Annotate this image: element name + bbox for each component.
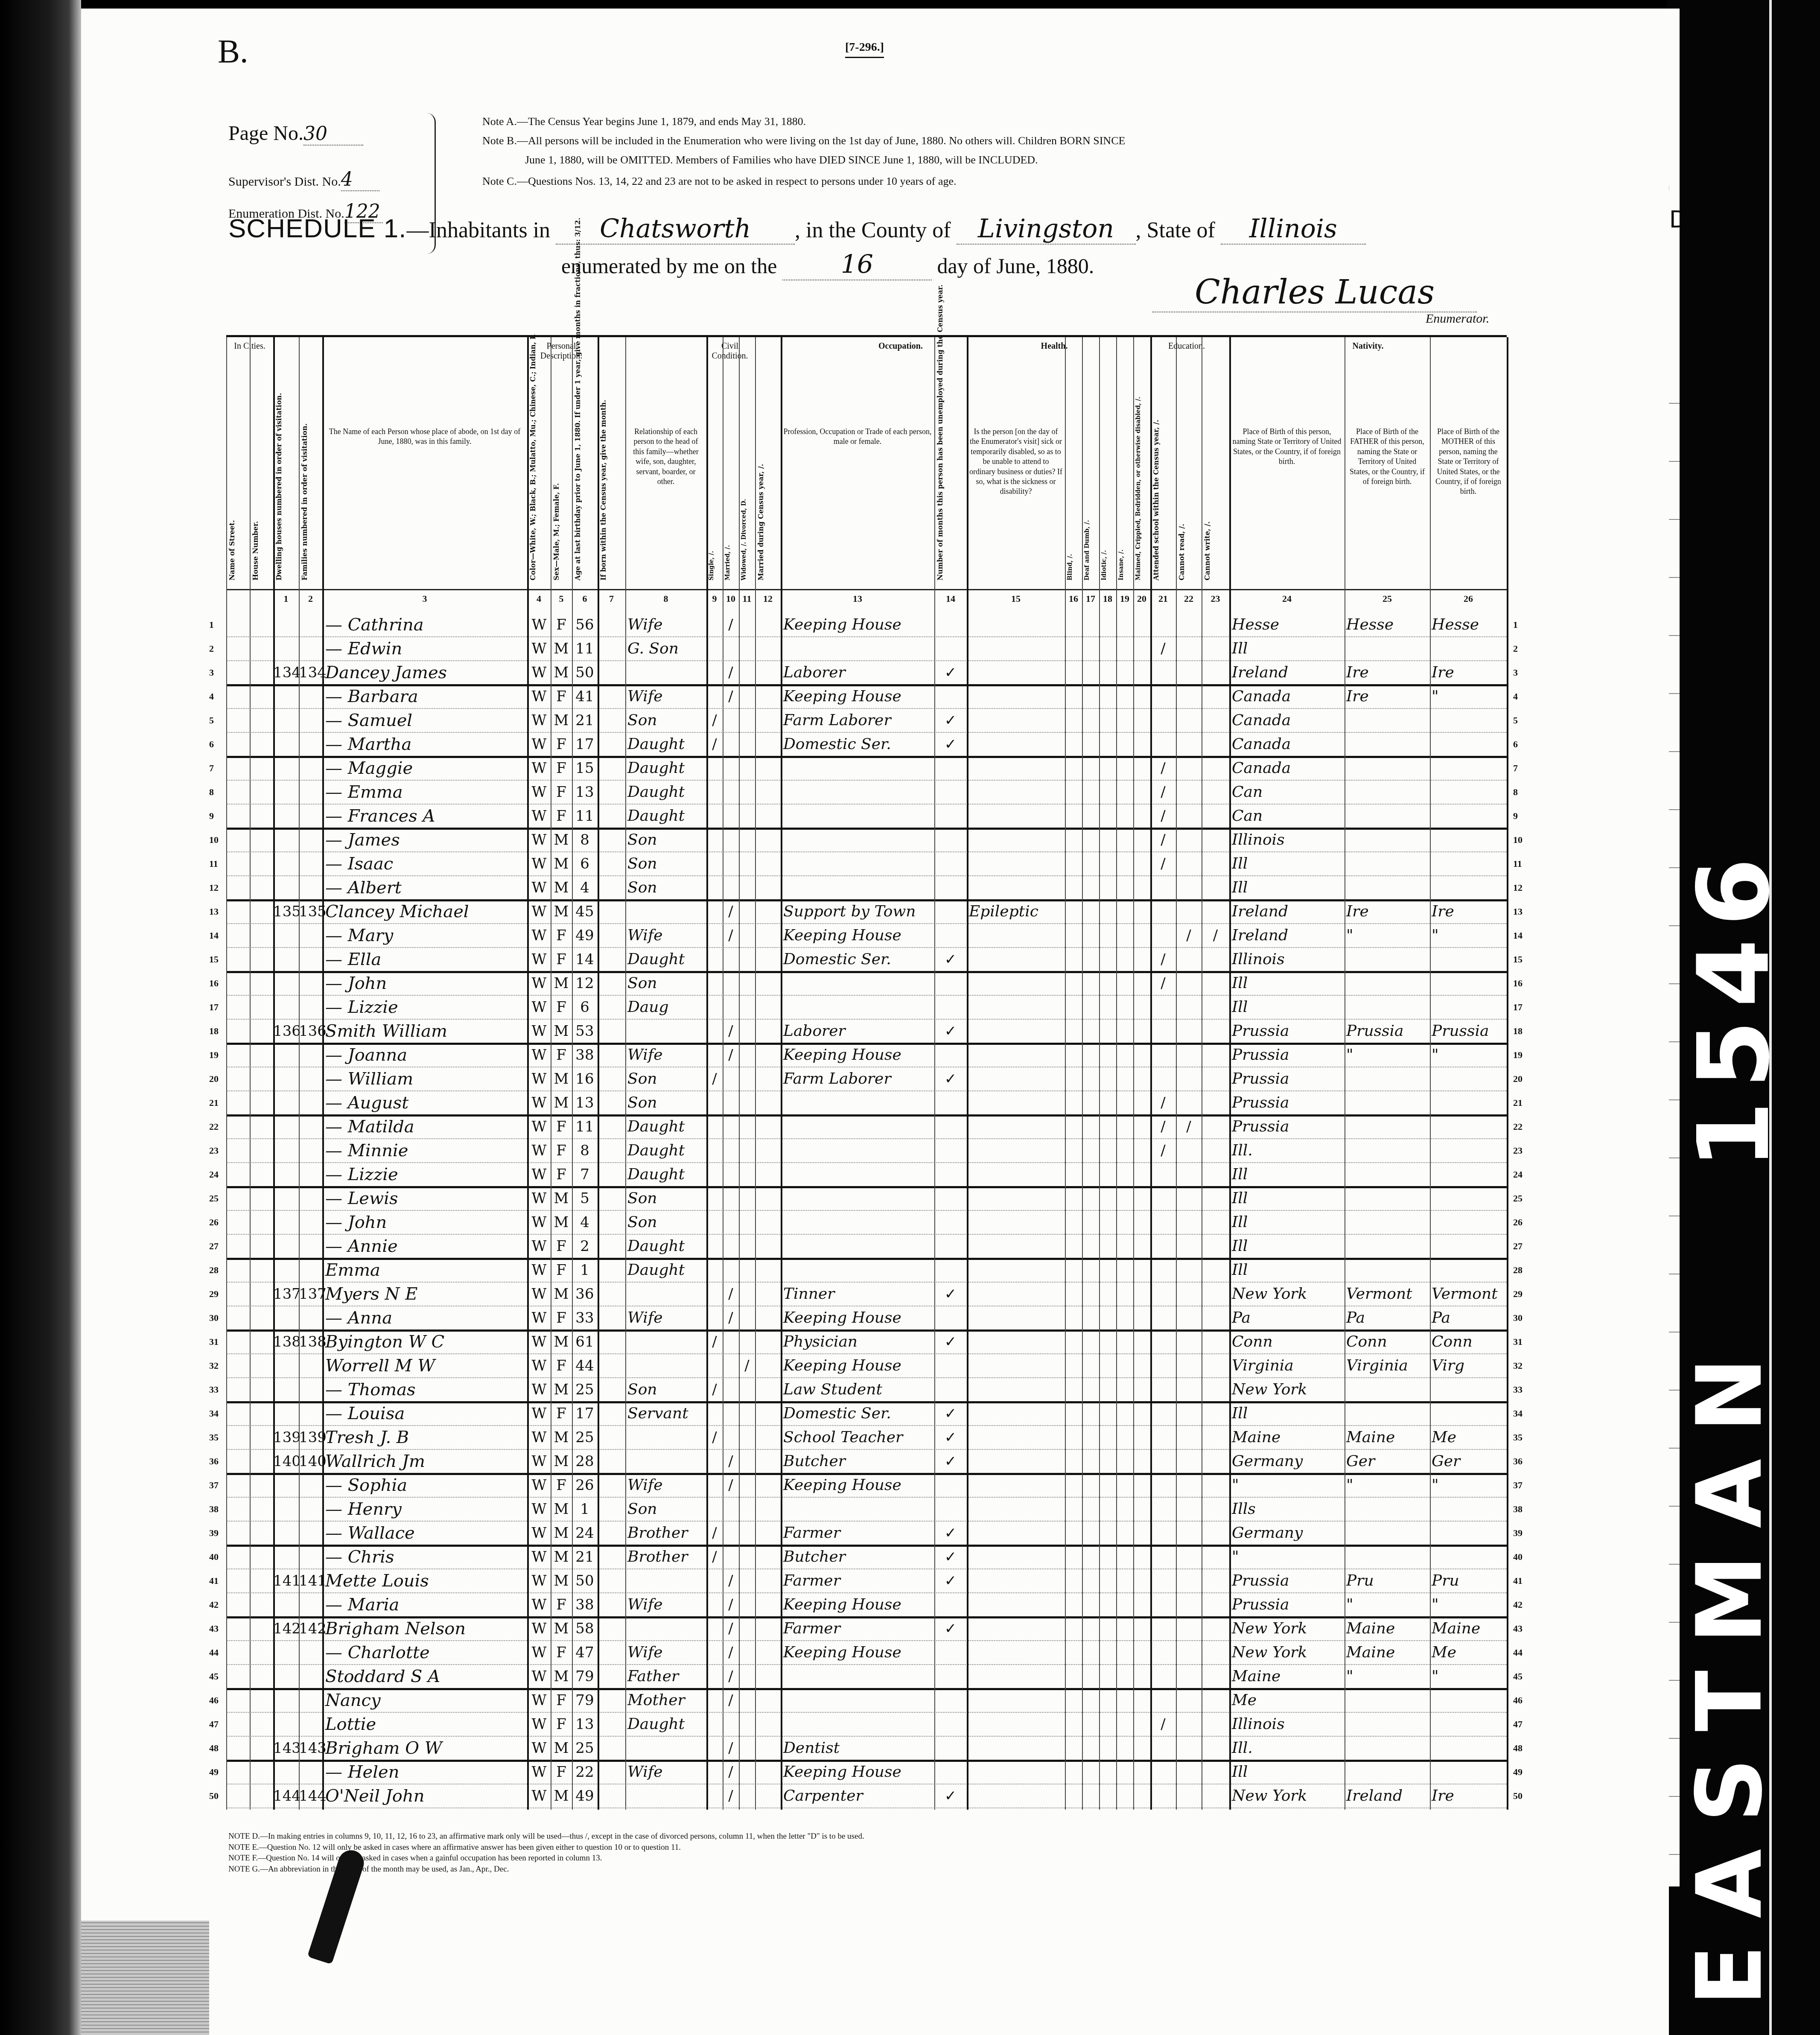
cell-single xyxy=(706,662,723,683)
cell-age: 22 xyxy=(573,1761,597,1783)
cell-dwelling xyxy=(273,614,299,636)
state-value: Illinois xyxy=(1221,214,1366,245)
cell-family: 138 xyxy=(299,1331,322,1353)
cell-color: W xyxy=(528,1044,550,1066)
line-number-left: 24 xyxy=(209,1169,219,1180)
cell-family xyxy=(299,710,322,731)
cell-name: — Sophia xyxy=(325,1475,526,1496)
line-number-left: 18 xyxy=(209,1026,219,1037)
cell-dwelling xyxy=(273,1761,299,1783)
cell-unemp: ✓ xyxy=(934,949,967,970)
column-divider xyxy=(1133,337,1134,1810)
state-label: , State of xyxy=(1136,218,1215,242)
cell-cread xyxy=(1176,949,1202,970)
cell-father xyxy=(1346,853,1430,875)
cell-school: / xyxy=(1150,1092,1176,1114)
line-number-left: 4 xyxy=(209,691,214,702)
cell-unemp: ✓ xyxy=(934,1283,967,1305)
cell-name: — Thomas xyxy=(325,1379,526,1400)
cell-relation: Daught xyxy=(627,734,705,755)
cell-birthplace: Ireland xyxy=(1232,662,1344,683)
enum-day-value: 16 xyxy=(782,250,932,280)
line-number-left: 10 xyxy=(209,834,219,845)
cell-dwelling xyxy=(273,1140,299,1161)
cell-married xyxy=(723,1236,739,1257)
cell-cread xyxy=(1176,1044,1202,1066)
cell-widowed xyxy=(739,925,755,946)
cell-sex: F xyxy=(551,1164,571,1185)
cell-father: Pru xyxy=(1346,1570,1430,1592)
group-nativity: Nativity. xyxy=(1229,341,1507,351)
cell-birthplace: Canada xyxy=(1232,758,1344,779)
cell-cread xyxy=(1176,1020,1202,1042)
cell-age: 49 xyxy=(573,1785,597,1807)
cell-father: Virginia xyxy=(1346,1355,1430,1376)
cell-mother: " xyxy=(1432,925,1507,946)
cell-birthplace: Prussia xyxy=(1232,1594,1344,1615)
cell-mother: Prussia xyxy=(1432,1020,1507,1042)
cell-age: 45 xyxy=(573,901,597,922)
cell-relation xyxy=(627,1427,705,1448)
cell-birthplace: Prussia xyxy=(1232,1092,1344,1114)
cell-school xyxy=(1150,1546,1176,1568)
cell-mother xyxy=(1432,781,1507,803)
cell-cwrite xyxy=(1202,1714,1229,1735)
cell-color: W xyxy=(528,1020,550,1042)
table-row: — LizzieWF6DaugIll1717 xyxy=(226,995,1507,1020)
column-divider xyxy=(572,337,573,1810)
cell-father xyxy=(1346,758,1430,779)
cell-relation: Daught xyxy=(627,758,705,779)
cell-sex: F xyxy=(551,614,571,636)
cell-birthplace: Ill xyxy=(1232,1761,1344,1783)
cell-occupation xyxy=(783,1116,933,1137)
cell-cwrite xyxy=(1202,758,1229,779)
cell-occupation xyxy=(783,1164,933,1185)
cell-occupation: Tinner xyxy=(783,1283,933,1305)
cell-occupation xyxy=(783,1188,933,1209)
note-b-line2: June 1, 1880, will be OMITTED. Members o… xyxy=(525,154,1038,166)
cell-married xyxy=(723,1259,739,1281)
cell-family xyxy=(299,1044,322,1066)
line-number-left: 15 xyxy=(209,954,219,965)
cell-unemp xyxy=(934,1642,967,1663)
cell-cwrite xyxy=(1202,1761,1229,1783)
cell-age: 38 xyxy=(573,1044,597,1066)
cell-cread xyxy=(1176,686,1202,707)
cell-widowed xyxy=(739,1044,755,1066)
cell-widowed xyxy=(739,997,755,1018)
cell-family: 139 xyxy=(299,1427,322,1448)
cell-widowed xyxy=(739,1283,755,1305)
column-divider xyxy=(1229,337,1231,1810)
line-number: 14 xyxy=(1513,930,1522,941)
table-row: — EllaWF14DaughtDomestic Ser.✓/Illinois1… xyxy=(226,947,1507,973)
cell-birthplace: " xyxy=(1232,1546,1344,1568)
line-number: 16 xyxy=(1513,978,1522,989)
cell-age: 61 xyxy=(573,1331,597,1353)
column-header: Relationship of each person to the head … xyxy=(628,427,704,487)
table-row: — BarbaraWF41Wife/Keeping HouseCanadaIre… xyxy=(226,684,1507,709)
column-header: Cannot write, /. xyxy=(1203,376,1228,580)
cell-married: / xyxy=(723,1594,739,1615)
cell-birthplace: Ill xyxy=(1232,1259,1344,1281)
cell-cread xyxy=(1176,1331,1202,1353)
cell-birthplace: New York xyxy=(1232,1785,1344,1807)
cell-school xyxy=(1150,925,1176,946)
cell-dwelling xyxy=(273,1522,299,1544)
cell-color: W xyxy=(528,1522,550,1544)
cell-sex: F xyxy=(551,781,571,803)
cell-mother: Vermont xyxy=(1432,1283,1507,1305)
cell-mother xyxy=(1432,1403,1507,1424)
cell-married xyxy=(723,1212,739,1233)
cell-age: 6 xyxy=(573,997,597,1018)
cell-mother xyxy=(1432,1499,1507,1520)
cell-age: 41 xyxy=(573,686,597,707)
cell-school xyxy=(1150,1307,1176,1329)
cell-age: 2 xyxy=(573,1236,597,1257)
line-number-left: 1 xyxy=(209,619,214,630)
cell-color: W xyxy=(528,781,550,803)
cell-age: 25 xyxy=(573,1738,597,1759)
cell-cread xyxy=(1176,1546,1202,1568)
cell-family xyxy=(299,1666,322,1687)
cell-school xyxy=(1150,1642,1176,1663)
cell-cwrite xyxy=(1202,1116,1229,1137)
cell-sick xyxy=(969,1403,1065,1424)
cell-cread xyxy=(1176,1690,1202,1711)
cell-unemp xyxy=(934,1355,967,1376)
cell-color: W xyxy=(528,1690,550,1711)
cell-age: 11 xyxy=(573,805,597,827)
line-number-left: 7 xyxy=(209,763,214,774)
cell-mother: Virg xyxy=(1432,1355,1507,1376)
inhabitants-label: —Inhabitants in xyxy=(407,218,551,242)
cell-married: / xyxy=(723,1307,739,1329)
cell-mother: Ire xyxy=(1432,1785,1507,1807)
cell-unemp xyxy=(934,973,967,994)
cell-married xyxy=(723,1068,739,1090)
cell-cread xyxy=(1176,1785,1202,1807)
cell-birthplace: New York xyxy=(1232,1642,1344,1663)
cell-sick xyxy=(969,1140,1065,1161)
cell-father xyxy=(1346,1499,1430,1520)
table-row: — AlbertWM4SonIll1212 xyxy=(226,875,1507,901)
cell-father xyxy=(1346,734,1430,755)
line-number-left: 30 xyxy=(209,1312,219,1324)
cell-father xyxy=(1346,638,1430,659)
footnote-f: NOTE F.—Question No. 14 will only be ask… xyxy=(228,1853,864,1864)
cell-cwrite xyxy=(1202,1666,1229,1687)
cell-sex: F xyxy=(551,1475,571,1496)
cell-father xyxy=(1346,1522,1430,1544)
cell-name: — Lizzie xyxy=(325,997,526,1018)
cell-occupation: Butcher xyxy=(783,1451,933,1472)
cell-dwelling xyxy=(273,1068,299,1090)
column-divider xyxy=(299,337,300,1810)
cell-family xyxy=(299,877,322,898)
cell-school: / xyxy=(1150,1140,1176,1161)
cell-single xyxy=(706,973,723,994)
line-number-left: 39 xyxy=(209,1528,219,1539)
cell-birthplace: Ill xyxy=(1232,1188,1344,1209)
column-divider xyxy=(1150,337,1152,1810)
column-header: Families numbered in order of visitation… xyxy=(300,376,321,580)
line-number-left: 49 xyxy=(209,1767,219,1778)
cell-sex: F xyxy=(551,805,571,827)
line-number-left: 41 xyxy=(209,1575,219,1586)
cell-married xyxy=(723,1355,739,1376)
cell-school xyxy=(1150,1283,1176,1305)
film-reel-number: 1546 xyxy=(1677,845,1791,1169)
table-header: In Cities. Personal Description. Civil C… xyxy=(226,337,1507,590)
table-row: — MaryWF49Wife/Keeping House//Ireland""1… xyxy=(226,923,1507,948)
cell-widowed xyxy=(739,1259,755,1281)
column-header: Married during Census year, /. xyxy=(757,376,779,580)
line-number: 28 xyxy=(1513,1265,1522,1276)
cell-father: Ire xyxy=(1346,901,1430,922)
line-number-left: 12 xyxy=(209,882,219,893)
cell-single xyxy=(706,1164,723,1185)
cell-sick xyxy=(969,1618,1065,1639)
cell-age: 7 xyxy=(573,1164,597,1185)
cell-widowed xyxy=(739,1785,755,1807)
line-number: 24 xyxy=(1513,1169,1522,1180)
line-number-left: 32 xyxy=(209,1360,219,1371)
cell-sex: M xyxy=(551,1068,571,1090)
cell-age: 79 xyxy=(573,1690,597,1711)
column-header: Age at last birthday prior to June 1, 18… xyxy=(574,376,596,580)
cell-dwelling xyxy=(273,758,299,779)
cell-name: — Martha xyxy=(325,734,526,755)
cell-unemp xyxy=(934,1044,967,1066)
line-number: 9 xyxy=(1513,811,1518,822)
cell-sick xyxy=(969,1068,1065,1090)
cell-cread xyxy=(1176,1570,1202,1592)
cell-married xyxy=(723,710,739,731)
cell-unemp xyxy=(934,1475,967,1496)
cell-birthplace: Prussia xyxy=(1232,1570,1344,1592)
cell-cread xyxy=(1176,662,1202,683)
cell-father xyxy=(1346,973,1430,994)
cell-relation: Son xyxy=(627,1092,705,1114)
column-header: Insane, /. xyxy=(1118,376,1132,580)
cell-cread xyxy=(1176,614,1202,636)
cell-sex: F xyxy=(551,1140,571,1161)
cell-widowed xyxy=(739,1761,755,1783)
cell-birthplace: Ill xyxy=(1232,638,1344,659)
cell-age: 38 xyxy=(573,1594,597,1615)
cell-widowed xyxy=(739,1331,755,1353)
cell-relation: Father xyxy=(627,1666,705,1687)
cell-color: W xyxy=(528,662,550,683)
line-number-left: 42 xyxy=(209,1599,219,1610)
table-row: Stoddard S AWM79Father/Maine""4545 xyxy=(226,1664,1507,1690)
cell-sick xyxy=(969,1092,1065,1114)
column-header: Place of Birth of this person, naming St… xyxy=(1232,427,1342,467)
cell-married xyxy=(723,1164,739,1185)
cell-unemp xyxy=(934,1116,967,1137)
line-number: 29 xyxy=(1513,1289,1522,1300)
cell-sex: M xyxy=(551,901,571,922)
table-row: — HelenWF22Wife/Keeping HouseIll4949 xyxy=(226,1760,1507,1784)
line-number: 32 xyxy=(1513,1360,1522,1371)
line-number: 42 xyxy=(1513,1599,1522,1610)
cell-unemp xyxy=(934,1666,967,1687)
line-number-left: 45 xyxy=(209,1671,219,1682)
cell-color: W xyxy=(528,805,550,827)
cell-relation xyxy=(627,1283,705,1305)
cell-sex: M xyxy=(551,829,571,851)
cell-father xyxy=(1346,1546,1430,1568)
footnote-d: NOTE D.—In making entries in columns 9, … xyxy=(228,1831,864,1842)
cell-widowed xyxy=(739,1188,755,1209)
cell-widowed xyxy=(739,1068,755,1090)
cell-name: — Frances A xyxy=(325,805,526,827)
line-number-left: 47 xyxy=(209,1719,219,1730)
line-number: 36 xyxy=(1513,1456,1522,1467)
cell-cread xyxy=(1176,1283,1202,1305)
cell-married: / xyxy=(723,1020,739,1042)
line-number: 49 xyxy=(1513,1767,1522,1778)
cell-cread xyxy=(1176,1738,1202,1759)
line-number-left: 6 xyxy=(209,739,214,750)
column-divider xyxy=(781,337,782,1810)
cell-color: W xyxy=(528,1714,550,1735)
cell-sex: F xyxy=(551,734,571,755)
cell-school xyxy=(1150,1164,1176,1185)
cell-single xyxy=(706,805,723,827)
cell-married xyxy=(723,997,739,1018)
cell-widowed xyxy=(739,1140,755,1161)
cell-occupation xyxy=(783,1714,933,1735)
cell-relation: Servant xyxy=(627,1403,705,1424)
cell-color: W xyxy=(528,638,550,659)
cell-cwrite xyxy=(1202,1164,1229,1185)
cell-occupation: Butcher xyxy=(783,1546,933,1568)
cell-birthplace: Ill xyxy=(1232,1236,1344,1257)
line-number: 34 xyxy=(1513,1408,1522,1419)
cell-mother xyxy=(1432,1140,1507,1161)
line-number: 18 xyxy=(1513,1026,1522,1037)
cell-father: Pa xyxy=(1346,1307,1430,1329)
cell-sick xyxy=(969,614,1065,636)
column-header: Idiotic, /. xyxy=(1101,376,1114,580)
cell-school: / xyxy=(1150,1116,1176,1137)
cell-sick xyxy=(969,1738,1065,1759)
line-number: 27 xyxy=(1513,1241,1522,1252)
cell-color: W xyxy=(528,614,550,636)
cell-name: O'Neil John xyxy=(325,1785,526,1807)
cell-mother xyxy=(1432,1188,1507,1209)
column-number: 25 xyxy=(1345,593,1430,604)
line-number: 8 xyxy=(1513,787,1518,798)
cell-cread xyxy=(1176,1212,1202,1233)
cell-relation: Son xyxy=(627,1068,705,1090)
column-header: House Number. xyxy=(251,376,271,580)
cell-relation: Daught xyxy=(627,1714,705,1735)
line-number-left: 43 xyxy=(209,1623,219,1634)
cell-mother xyxy=(1432,1236,1507,1257)
cell-cwrite xyxy=(1202,1044,1229,1066)
cell-relation xyxy=(627,1570,705,1592)
cell-cread xyxy=(1176,805,1202,827)
cell-widowed xyxy=(739,1236,755,1257)
cell-occupation xyxy=(783,877,933,898)
table-row: 137137Myers N EWM36/Tinner✓New YorkVermo… xyxy=(226,1282,1507,1306)
cell-birthplace: Canada xyxy=(1232,686,1344,707)
cell-single: / xyxy=(706,1379,723,1400)
cell-father: Ire xyxy=(1346,662,1430,683)
cell-relation: Son xyxy=(627,1499,705,1520)
cell-school xyxy=(1150,1499,1176,1520)
cell-cwrite xyxy=(1202,829,1229,851)
cell-widowed xyxy=(739,686,755,707)
cell-color: W xyxy=(528,1403,550,1424)
cell-father xyxy=(1346,1738,1430,1759)
cell-single xyxy=(706,925,723,946)
cell-sick xyxy=(969,877,1065,898)
cell-widowed xyxy=(739,638,755,659)
cell-color: W xyxy=(528,925,550,946)
cell-dwelling xyxy=(273,1690,299,1711)
cell-cwrite xyxy=(1202,1331,1229,1353)
cell-unemp xyxy=(934,1594,967,1615)
cell-name: Nancy xyxy=(325,1690,526,1711)
line-number: 3 xyxy=(1513,667,1518,678)
cell-unemp xyxy=(934,877,967,898)
cell-family xyxy=(299,1475,322,1496)
cell-occupation xyxy=(783,1212,933,1233)
cell-name: — Emma xyxy=(325,781,526,803)
cell-age: 16 xyxy=(573,1068,597,1090)
table-row: — JamesWM8Son/Illinois1010 xyxy=(226,828,1507,852)
cell-father: Hesse xyxy=(1346,614,1430,636)
cell-family xyxy=(299,1140,322,1161)
cell-sex: F xyxy=(551,1403,571,1424)
schedule-title: SCHEDULE 1. xyxy=(228,214,407,243)
cell-father xyxy=(1346,997,1430,1018)
cell-family: 136 xyxy=(299,1020,322,1042)
column-number: 19 xyxy=(1116,593,1133,604)
cell-color: W xyxy=(528,1140,550,1161)
footnote-g: NOTE G.—An abbreviation in the name of t… xyxy=(228,1864,864,1875)
line-number-left: 3 xyxy=(209,667,214,678)
cell-dwelling xyxy=(273,1475,299,1496)
cell-relation: Wife xyxy=(627,614,705,636)
cell-cwrite xyxy=(1202,1570,1229,1592)
column-number: 6 xyxy=(572,593,598,604)
cell-unemp: ✓ xyxy=(934,1068,967,1090)
line-number-left: 13 xyxy=(209,906,219,917)
county-label: , in the County of xyxy=(795,218,951,242)
cell-name: — William xyxy=(325,1068,526,1090)
column-divider xyxy=(226,337,227,1810)
line-number-left: 19 xyxy=(209,1050,219,1061)
cell-birthplace: Prussia xyxy=(1232,1116,1344,1137)
cell-dwelling xyxy=(273,1044,299,1066)
cell-birthplace: Prussia xyxy=(1232,1020,1344,1042)
line-number: 22 xyxy=(1513,1121,1522,1132)
cell-color: W xyxy=(528,1618,550,1639)
cell-father xyxy=(1346,877,1430,898)
cell-age: 33 xyxy=(573,1307,597,1329)
cell-age: 8 xyxy=(573,1140,597,1161)
cell-dwelling xyxy=(273,973,299,994)
cell-sex: F xyxy=(551,1761,571,1783)
cell-relation: Son xyxy=(627,853,705,875)
